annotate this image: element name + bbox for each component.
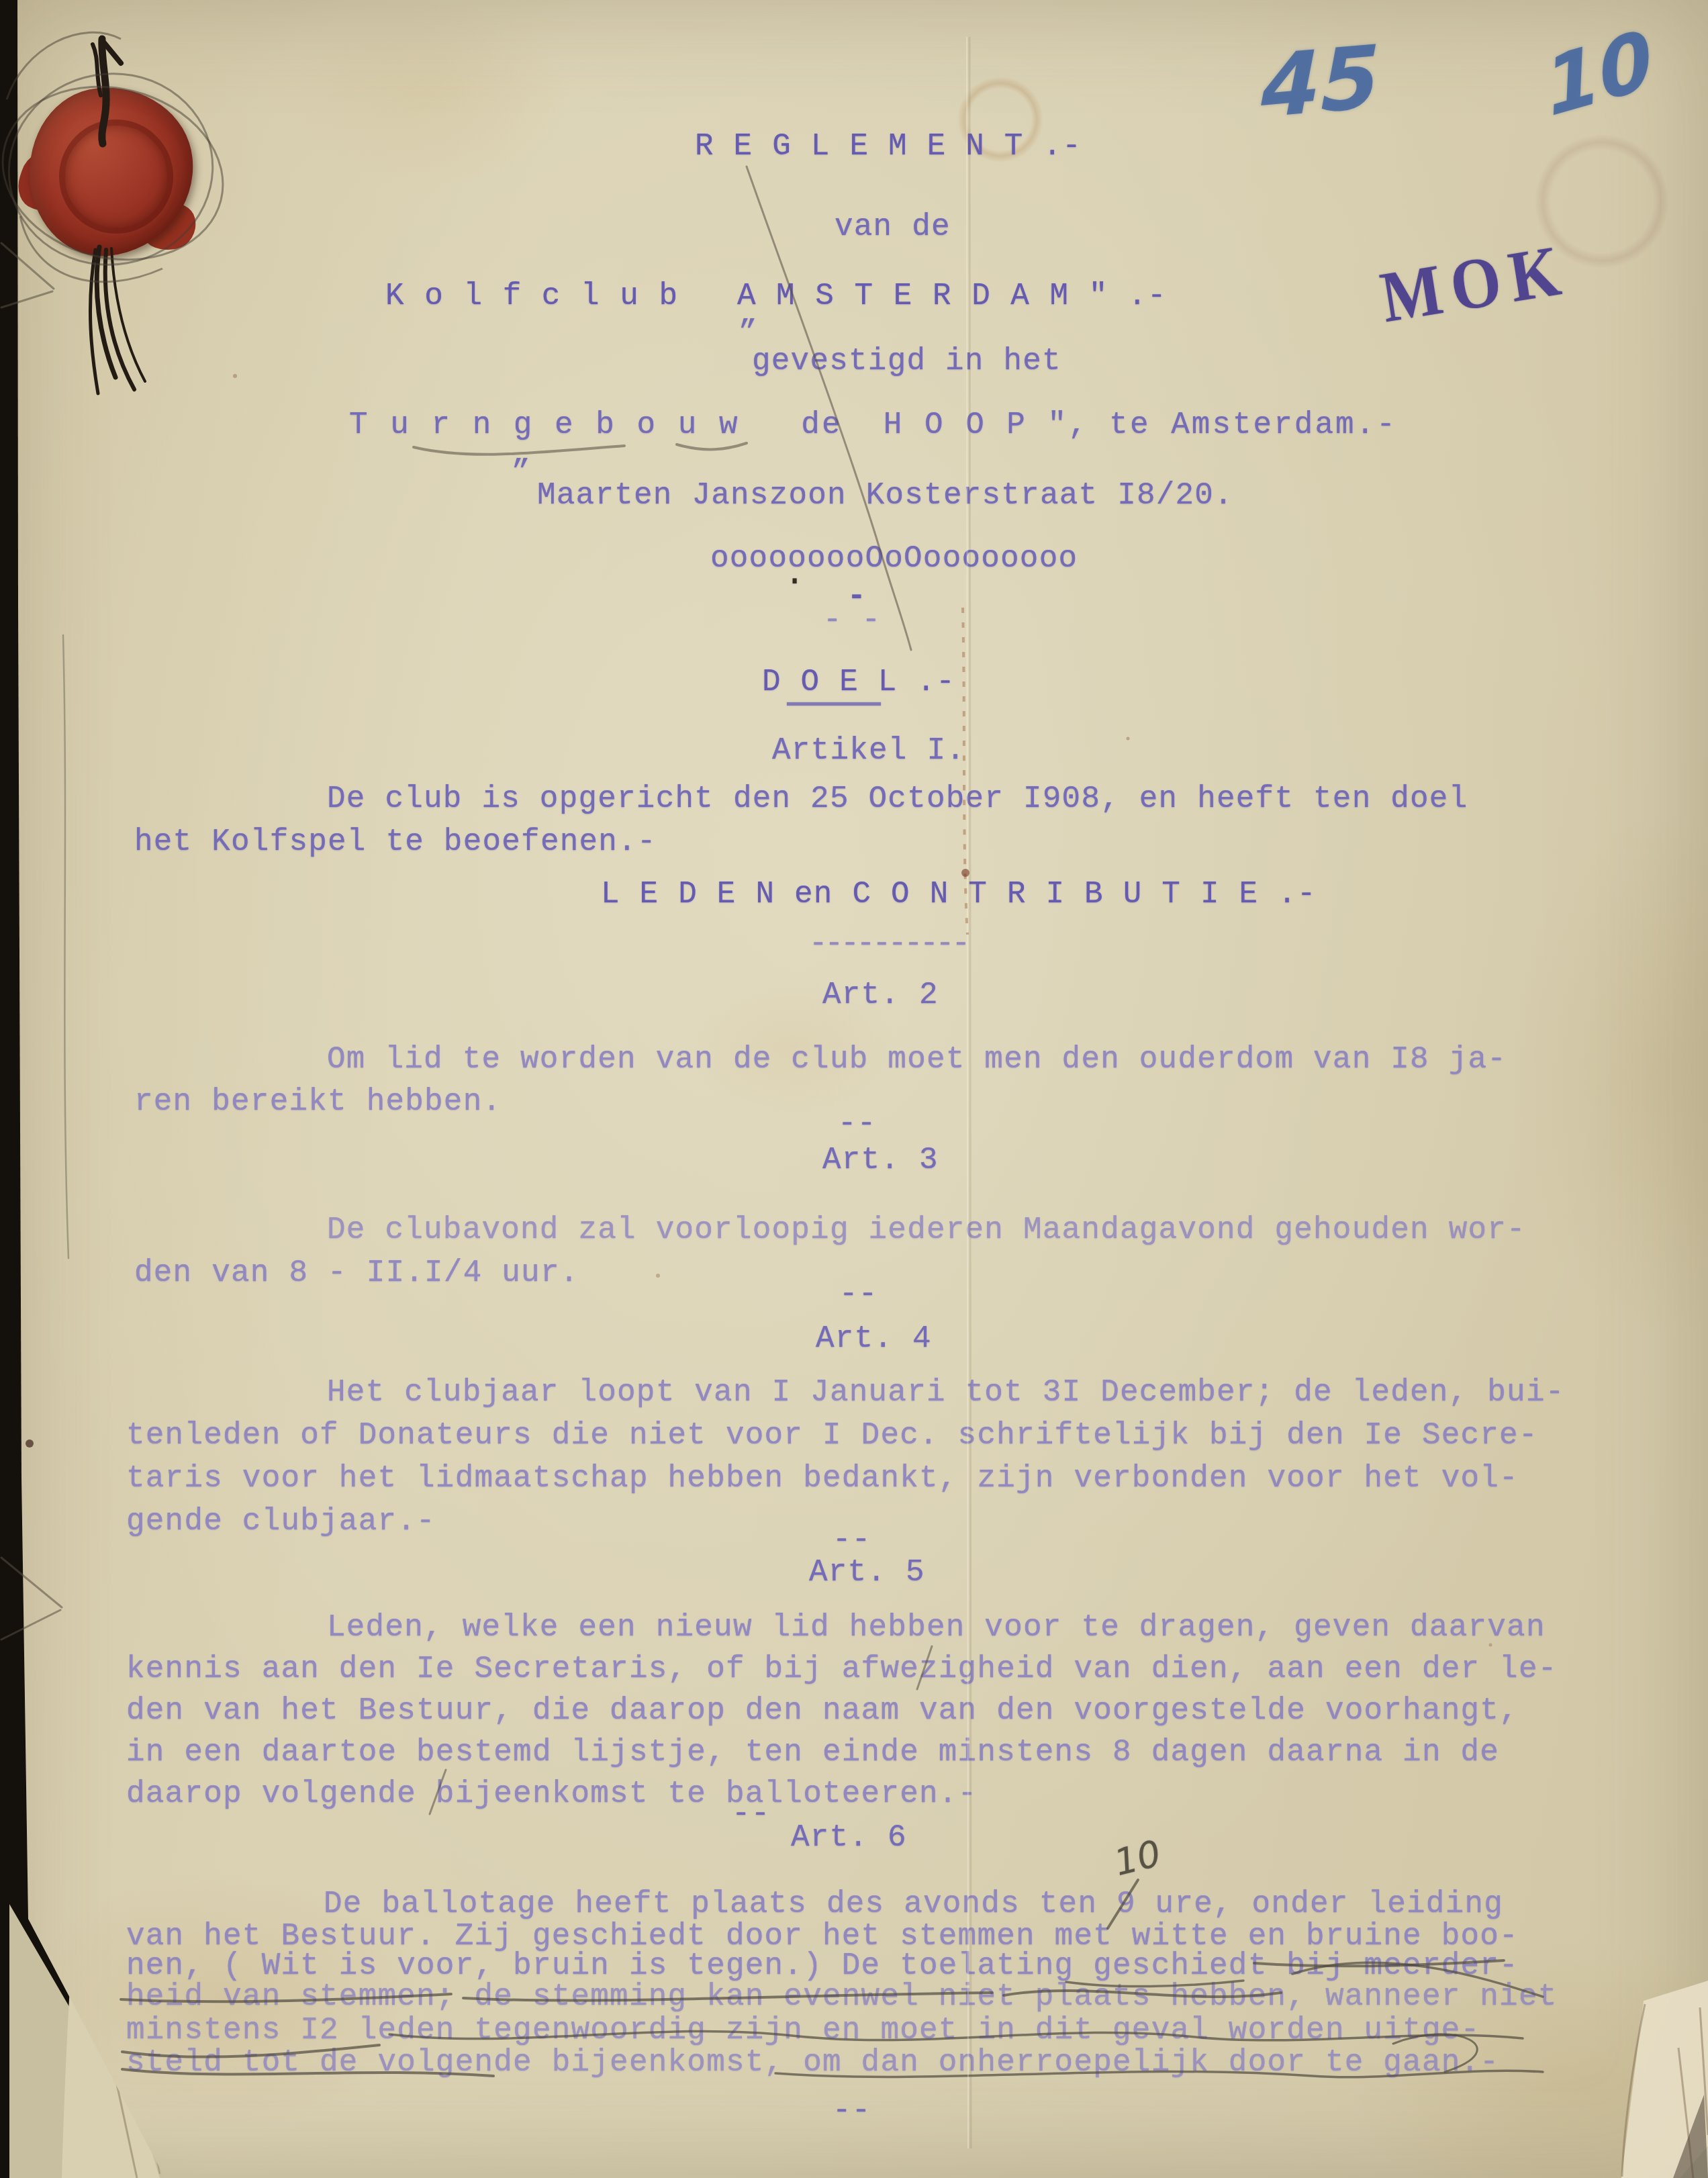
- creases-and-stains: [26, 37, 1708, 2178]
- pencil-strikethroughs: [121, 1880, 1543, 2077]
- scanned-document-page: R E G L E M E N T .- van de K o l f c l …: [0, 0, 1708, 2178]
- seal-pencil-scribble: [0, 32, 242, 282]
- pencil-marks: [1, 167, 932, 1814]
- pencil-annotations-overlay: [0, 0, 1708, 2178]
